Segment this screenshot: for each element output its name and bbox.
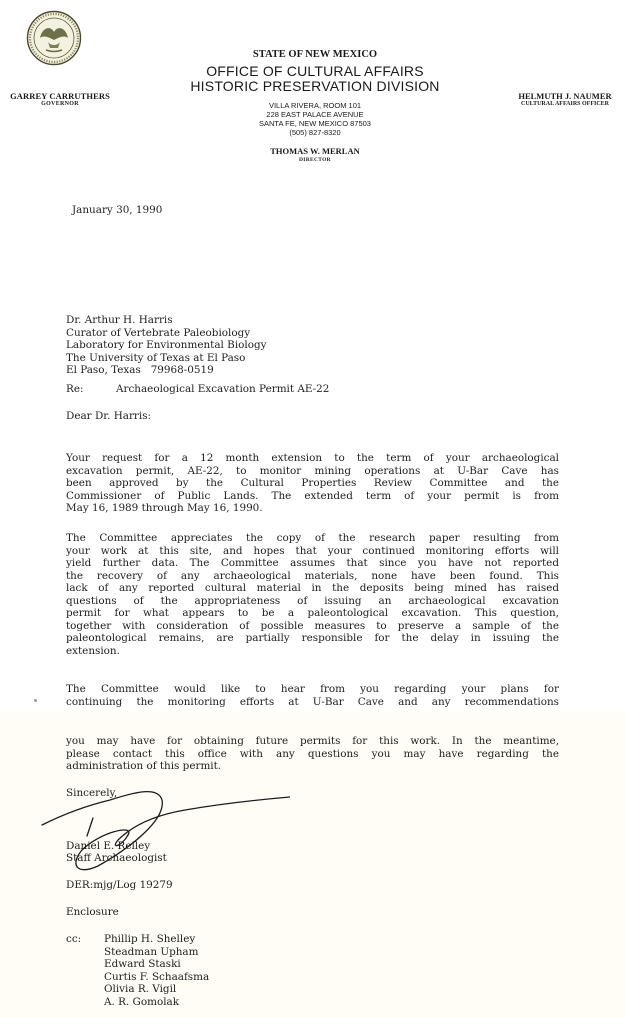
paragraph: you may have for obtaining future permit… [66, 735, 559, 773]
cc-recipient: Curtis F. Schaafsma [104, 971, 209, 984]
signer-name: Daniel E. Reiley [66, 840, 150, 853]
address-line: SANTA FE, NEW MEXICO 87503 [170, 119, 460, 128]
officer-title: CULTURAL AFFAIRS OFFICER [504, 101, 626, 107]
paragraph: Your request for a 12 month extension to… [66, 452, 559, 515]
paragraph-line: questions of the appropriateness of issu… [66, 595, 559, 608]
paragraph-line: you may have for obtaining future permit… [66, 735, 559, 748]
paragraph-line: administration of this permit. [66, 760, 559, 773]
recipient-line: Laboratory for Environmental Biology [66, 339, 267, 352]
cc-recipient: Edward Staski [104, 958, 209, 971]
signer-title: Staff Archaeologist [66, 852, 167, 865]
paragraph-line: together with consideration of possible … [66, 620, 559, 633]
paragraph-line: lack of any reported cultural material i… [66, 582, 559, 595]
address-line: VILLA RIVERA, ROOM 101 [170, 101, 460, 110]
paragraph-line: your work at this site, and hopes that y… [66, 545, 559, 558]
office-address: VILLA RIVERA, ROOM 101 228 EAST PALACE A… [170, 101, 460, 137]
paragraph: The Committee would like to hear from yo… [66, 683, 559, 708]
paragraph-line: The Committee appreciates the copy of th… [66, 532, 559, 545]
cc-recipient: Phillip H. Shelley [104, 933, 209, 946]
paragraph-line: yield further data. The Committee assume… [66, 557, 559, 570]
officer-name: HELMUTH J. NAUMER [504, 91, 626, 101]
inside-address: Dr. Arthur H. Harris Curator of Vertebra… [66, 314, 267, 377]
paragraph-line: permit for what appears to be a paleonto… [66, 607, 559, 620]
subject-label: Re: [66, 383, 116, 396]
paragraph-line: continuing the monitoring efforts at U-B… [66, 696, 559, 709]
office-name: OFFICE OF CULTURAL AFFAIRS [170, 64, 460, 78]
paragraph-line: paleontological remains, are partially r… [66, 632, 559, 645]
governor-name: GARREY CARRUTHERS [6, 91, 114, 101]
director-title: DIRECTOR [170, 157, 460, 163]
letter-date: January 30, 1990 [72, 204, 162, 217]
enclosure-note: Enclosure [66, 906, 119, 919]
state-name: STATE OF NEW MEXICO [170, 49, 460, 60]
paragraph-line: the recovery of any archaeological mater… [66, 570, 559, 583]
address-line: 228 EAST PALACE AVENUE [170, 110, 460, 119]
reference-initials: DER:mjg/Log 19279 [66, 879, 173, 892]
paragraph-line: May 16, 1989 through May 16, 1990. [66, 502, 559, 515]
director-name: THOMAS W. MERLAN [170, 146, 460, 156]
cc-label: cc: [66, 933, 81, 946]
recipient-line: El Paso, Texas 79968-0519 [66, 364, 267, 377]
paragraph-line: please contact this office with any ques… [66, 748, 559, 761]
cc-recipient: A. R. Gomolak [104, 996, 209, 1009]
salutation: Dear Dr. Harris: [66, 410, 151, 423]
cc-recipient: Steadman Upham [104, 946, 209, 959]
paragraph: The Committee appreciates the copy of th… [66, 532, 559, 657]
paragraph-line: extension. [66, 645, 559, 658]
scan-speck [34, 699, 37, 702]
subject-line: Re:Archaeological Excavation Permit AE-2… [66, 383, 329, 396]
recipient-line: The University of Texas at El Paso [66, 352, 267, 365]
paragraph-line: been approved by the Cultural Properties… [66, 477, 559, 490]
recipient-line: Curator of Vertebrate Paleobiology [66, 327, 267, 340]
division-name: HISTORIC PRESERVATION DIVISION [170, 79, 460, 93]
phone-number: (505) 827-8320 [170, 128, 460, 137]
state-seal-icon [26, 10, 82, 66]
governor-title: GOVERNOR [6, 101, 114, 107]
paragraph-line: Commissioner of Public Lands. The extend… [66, 490, 559, 503]
cc-list: Phillip H. Shelley Steadman Upham Edward… [104, 933, 209, 1008]
cc-recipient: Olivia R. Vigil [104, 983, 209, 996]
paragraph-line: Your request for a 12 month extension to… [66, 452, 559, 465]
paragraph-line: excavation permit, AE-22, to monitor min… [66, 465, 559, 478]
paragraph-line: The Committee would like to hear from yo… [66, 683, 559, 696]
closing: Sincerely, [66, 787, 117, 800]
subject-text: Archaeological Excavation Permit AE-22 [116, 383, 329, 395]
recipient-line: Dr. Arthur H. Harris [66, 314, 267, 327]
